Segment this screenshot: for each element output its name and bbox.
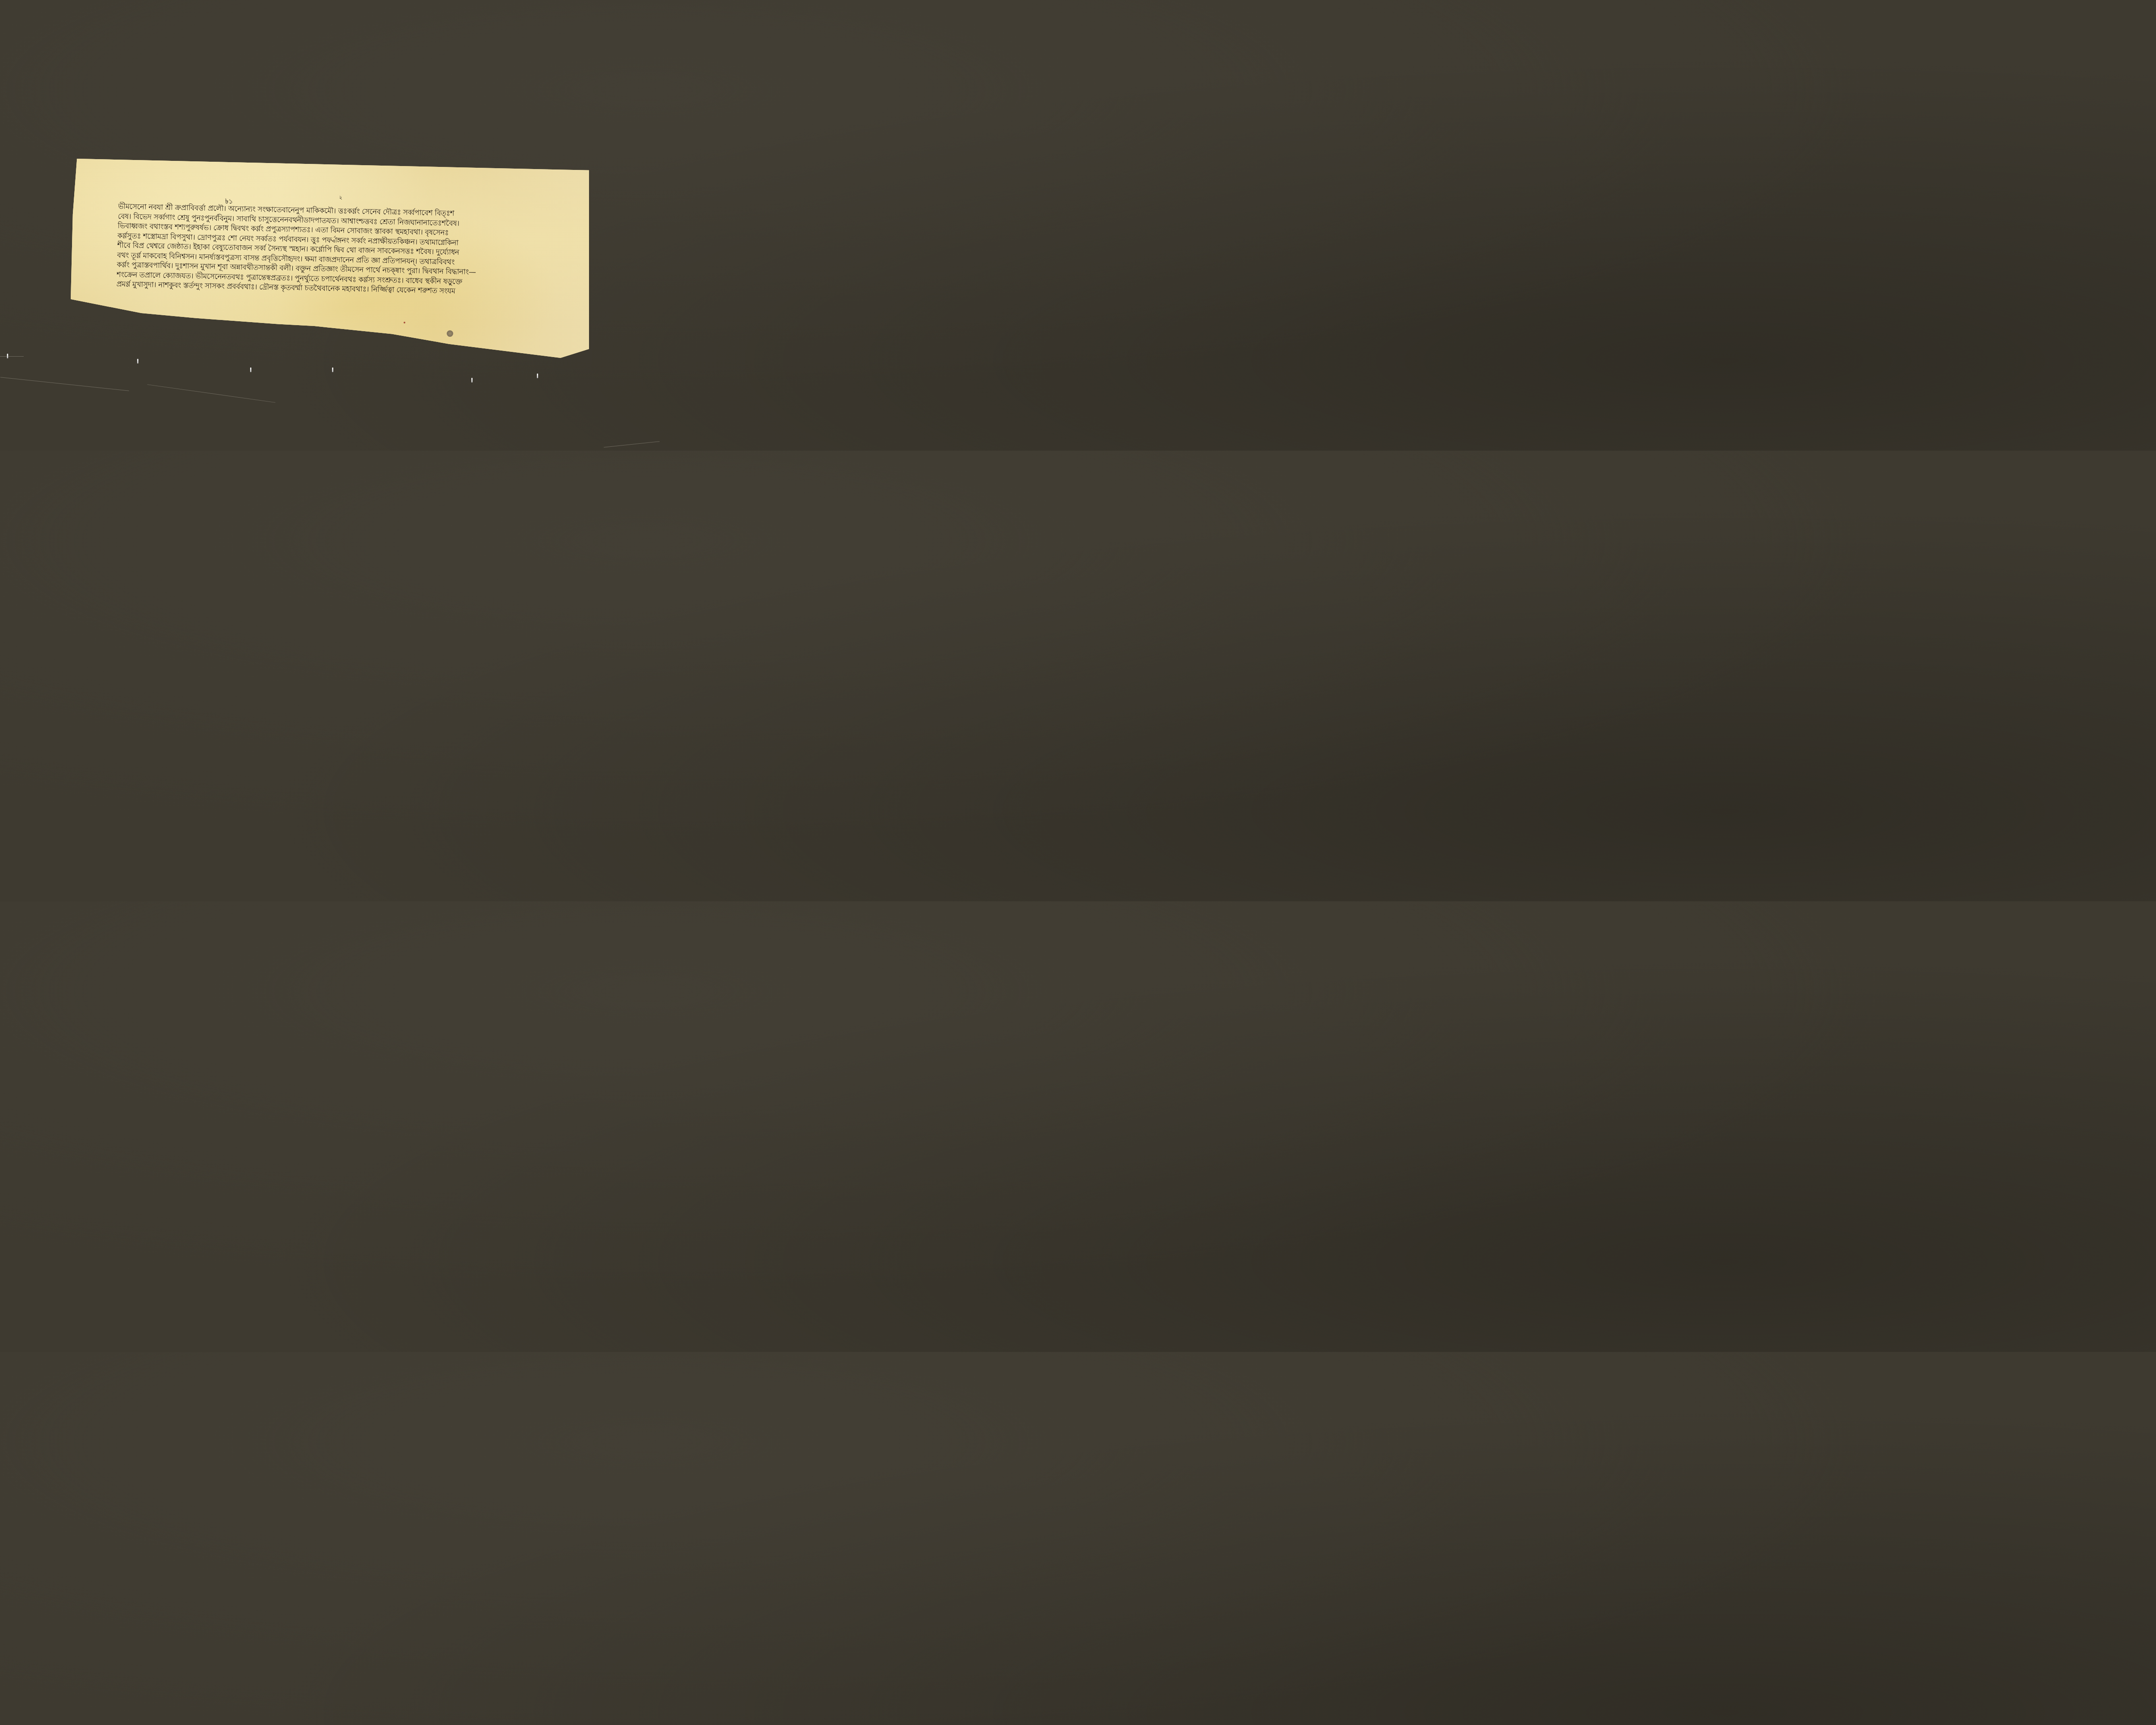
- mounting-pin: [537, 373, 538, 378]
- background-crease: [0, 356, 24, 357]
- background-crease: [604, 441, 659, 448]
- mounting-pin: [471, 378, 473, 383]
- background-crease: [0, 377, 129, 391]
- ink-spot: [404, 322, 405, 323]
- manuscript-folio: ৳১ ২ ভীমসেনো নবযা শ্রী ক্রপ্রাবিবর্ত্তা …: [71, 159, 589, 358]
- manuscript-text: ভীমসেনো নবযা শ্রী ক্রপ্রাবিবর্ত্তা প্রলৌ…: [116, 202, 532, 298]
- interlinear-marker: ২: [339, 194, 342, 203]
- mounting-pin: [137, 359, 138, 364]
- seal-stain-icon: [447, 330, 453, 337]
- folio-number-bottom: ৩১: [437, 341, 447, 354]
- background-crease: [147, 384, 275, 403]
- mounting-pin: [332, 367, 333, 372]
- mounting-pin: [250, 367, 251, 372]
